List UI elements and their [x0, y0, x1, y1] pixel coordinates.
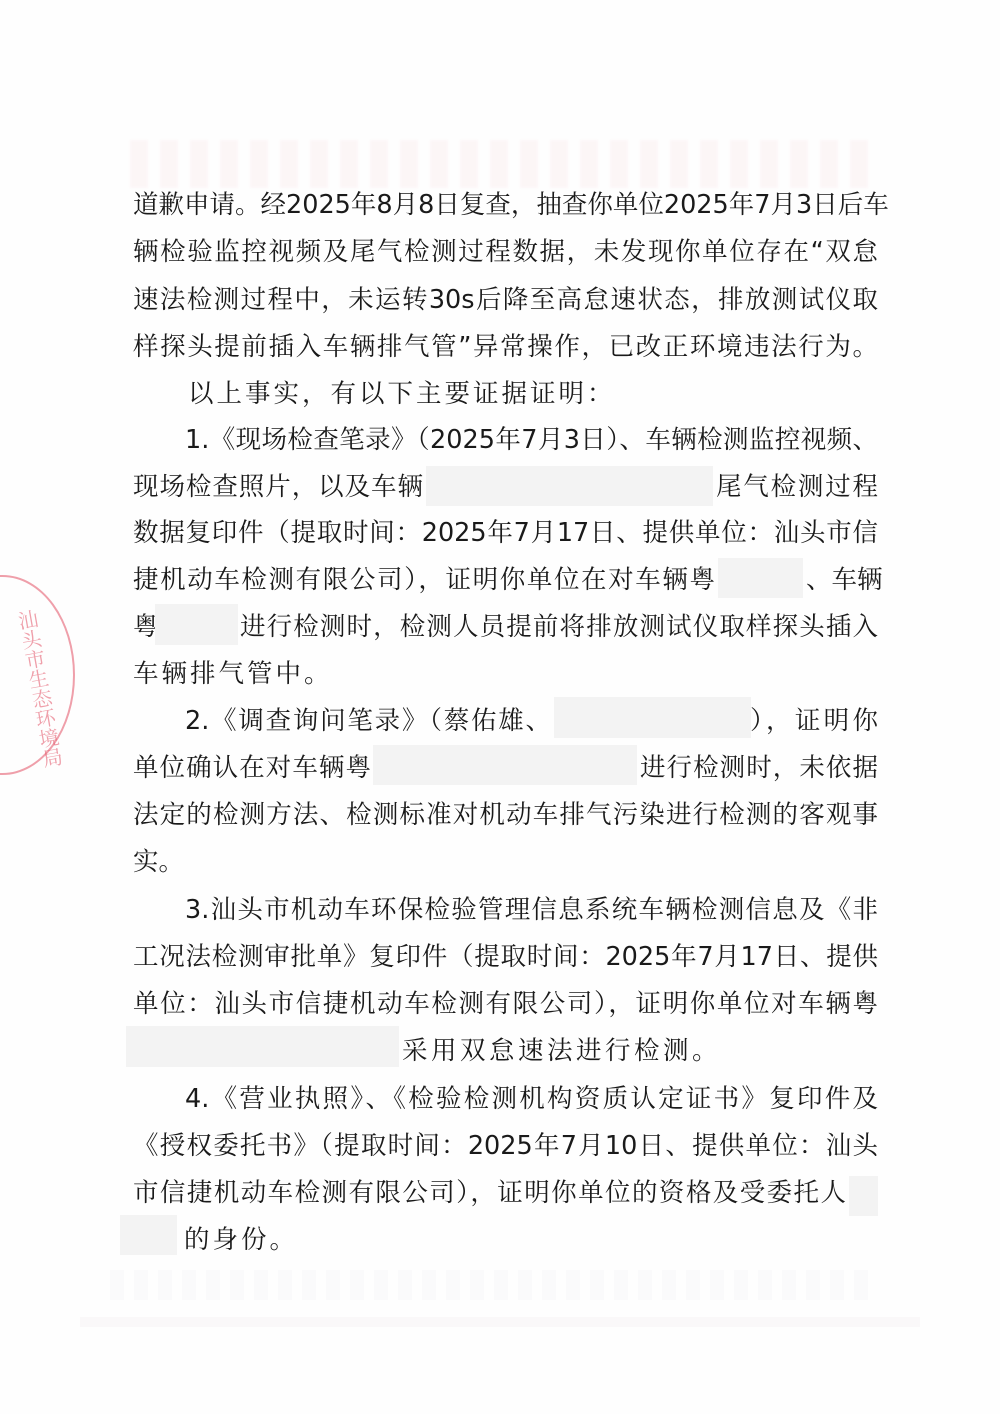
- line-text: 《授权委托书》（提取时间：2025年7月10日、提供单位：汕头: [133, 1126, 878, 1166]
- line-text: ），证明你: [750, 701, 878, 741]
- redaction-box: [554, 697, 751, 738]
- line-text: 道歉申请。经2025年8月8日复查，抽查你单位2025年7月3日后车: [133, 185, 878, 225]
- evidence-item-4-line: 《授权委托书》（提取时间：2025年7月10日、提供单位：汕头: [133, 1126, 878, 1166]
- paragraph-line: 辆检验监控视频及尾气检测过程数据，未发现你单位存在“双怠: [133, 232, 878, 272]
- line-text: 车辆排气管中。: [133, 654, 333, 694]
- line-text: 捷机动车检测有限公司），证明你单位在对车辆粤: [133, 560, 715, 600]
- redaction-box: [849, 1176, 878, 1216]
- line-text: 工况法检测审批单》复印件（提取时间：2025年7月17日、提供: [133, 937, 878, 977]
- line-text: 数据复印件（提取时间：2025年7月17日、提供单位：汕头市信: [133, 513, 878, 553]
- evidence-item-1-line: 进行检测时，检测人员提前将排放测试仪取样探头插入: [240, 607, 878, 647]
- evidence-item-4-line: 的身份。: [184, 1220, 298, 1260]
- evidence-item-2-line: 实。: [133, 842, 184, 882]
- evidence-item-3-line: 单位：汕头市信捷机动车检测有限公司），证明你单位对车辆粤: [133, 984, 878, 1024]
- evidence-item-2-line: 2.《调查询问笔录》（蔡佑雄、: [185, 701, 551, 741]
- line-text: 3.汕头市机动车环保检验管理信息系统车辆检测信息及《非: [185, 890, 878, 930]
- evidence-item-1-line: 数据复印件（提取时间：2025年7月17日、提供单位：汕头市信: [133, 513, 878, 553]
- line-text: 法定的检测方法、检测标准对机动车排气污染进行检测的客观事: [133, 795, 878, 835]
- bleed-through-footer-line: [80, 1317, 920, 1327]
- redaction-box: [155, 604, 238, 645]
- document-page: 汕头市生态环境局 道歉申请。经2025年8月8日复查，抽查你单位2025年7月3…: [0, 0, 1000, 1414]
- evidence-item-2-line: 单位确认在对车辆粤: [133, 748, 371, 788]
- line-text: 速法检测过程中，未运转30s后降至高怠速状态，排放测试仪取: [133, 280, 878, 320]
- evidence-item-3-line: 3.汕头市机动车环保检验管理信息系统车辆检测信息及《非: [185, 890, 878, 930]
- evidence-item-4-line: 市信捷机动车检测有限公司），证明你单位的资格及受委托人: [133, 1173, 846, 1213]
- line-text: 现场检查照片，以及车辆: [133, 467, 423, 507]
- evidence-item-1-line: 1.《现场检查笔录》（2025年7月3日）、车辆检测监控视频、: [185, 420, 878, 460]
- evidence-item-1-line: 、车辆: [806, 560, 878, 600]
- line-text: 1.《现场检查笔录》（2025年7月3日）、车辆检测监控视频、: [185, 420, 878, 460]
- line-text: 尾气检测过程: [716, 467, 878, 507]
- line-text: 实。: [133, 842, 184, 882]
- line-text: 、车辆: [806, 560, 878, 600]
- redaction-box: [120, 1215, 177, 1255]
- evidence-item-1-line: 捷机动车检测有限公司），证明你单位在对车辆粤: [133, 560, 715, 600]
- line-text: 进行检测时，未依据: [640, 748, 878, 788]
- evidence-item-1-line: 现场检查照片，以及车辆: [133, 467, 423, 507]
- redaction-box: [426, 466, 713, 506]
- paragraph-line: 道歉申请。经2025年8月8日复查，抽查你单位2025年7月3日后车: [133, 185, 878, 225]
- evidence-item-2-line: 法定的检测方法、检测标准对机动车排气污染进行检测的客观事: [133, 795, 878, 835]
- line-text: 市信捷机动车检测有限公司），证明你单位的资格及受委托人: [133, 1173, 846, 1213]
- line-text: 4.《营业执照》、《检验检测机构资质认定证书》复印件及: [185, 1079, 878, 1119]
- line-text: 采用双怠速法进行检测。: [402, 1031, 721, 1071]
- bleed-through-footer: [110, 1270, 870, 1300]
- evidence-item-4-line: 4.《营业执照》、《检验检测机构资质认定证书》复印件及: [185, 1079, 878, 1119]
- evidence-item-1-line: 车辆排气管中。: [133, 654, 333, 694]
- line-text: 单位：汕头市信捷机动车检测有限公司），证明你单位对车辆粤: [133, 984, 878, 1024]
- line-text: 以上事实，有以下主要证据证明：: [188, 374, 616, 414]
- paragraph-line: 样探头提前插入车辆排气管”异常操作，已改正环境违法行为。: [133, 327, 878, 367]
- evidence-item-1-line: 尾气检测过程: [716, 467, 878, 507]
- line-text: 进行检测时，检测人员提前将排放测试仪取样探头插入: [240, 607, 878, 647]
- paragraph-line: 速法检测过程中，未运转30s后降至高怠速状态，排放测试仪取: [133, 280, 878, 320]
- evidence-item-2-line: ），证明你: [750, 701, 878, 741]
- redaction-box: [126, 1026, 399, 1067]
- line-text: 2.《调查询问笔录》（蔡佑雄、: [185, 701, 551, 741]
- redaction-box: [373, 745, 637, 785]
- evidence-item-2-line: 进行检测时，未依据: [640, 748, 878, 788]
- line-text: 的身份。: [184, 1220, 298, 1260]
- evidence-intro: 以上事实，有以下主要证据证明：: [188, 374, 616, 414]
- line-text: 单位确认在对车辆粤: [133, 748, 371, 788]
- line-text: 样探头提前插入车辆排气管”异常操作，已改正环境违法行为。: [133, 327, 878, 367]
- evidence-item-3-line: 采用双怠速法进行检测。: [402, 1031, 721, 1071]
- redaction-box: [718, 558, 803, 598]
- evidence-item-3-line: 工况法检测审批单》复印件（提取时间：2025年7月17日、提供: [133, 937, 878, 977]
- bleed-through-header: [130, 140, 880, 188]
- line-text: 辆检验监控视频及尾气检测过程数据，未发现你单位存在“双怠: [133, 232, 878, 272]
